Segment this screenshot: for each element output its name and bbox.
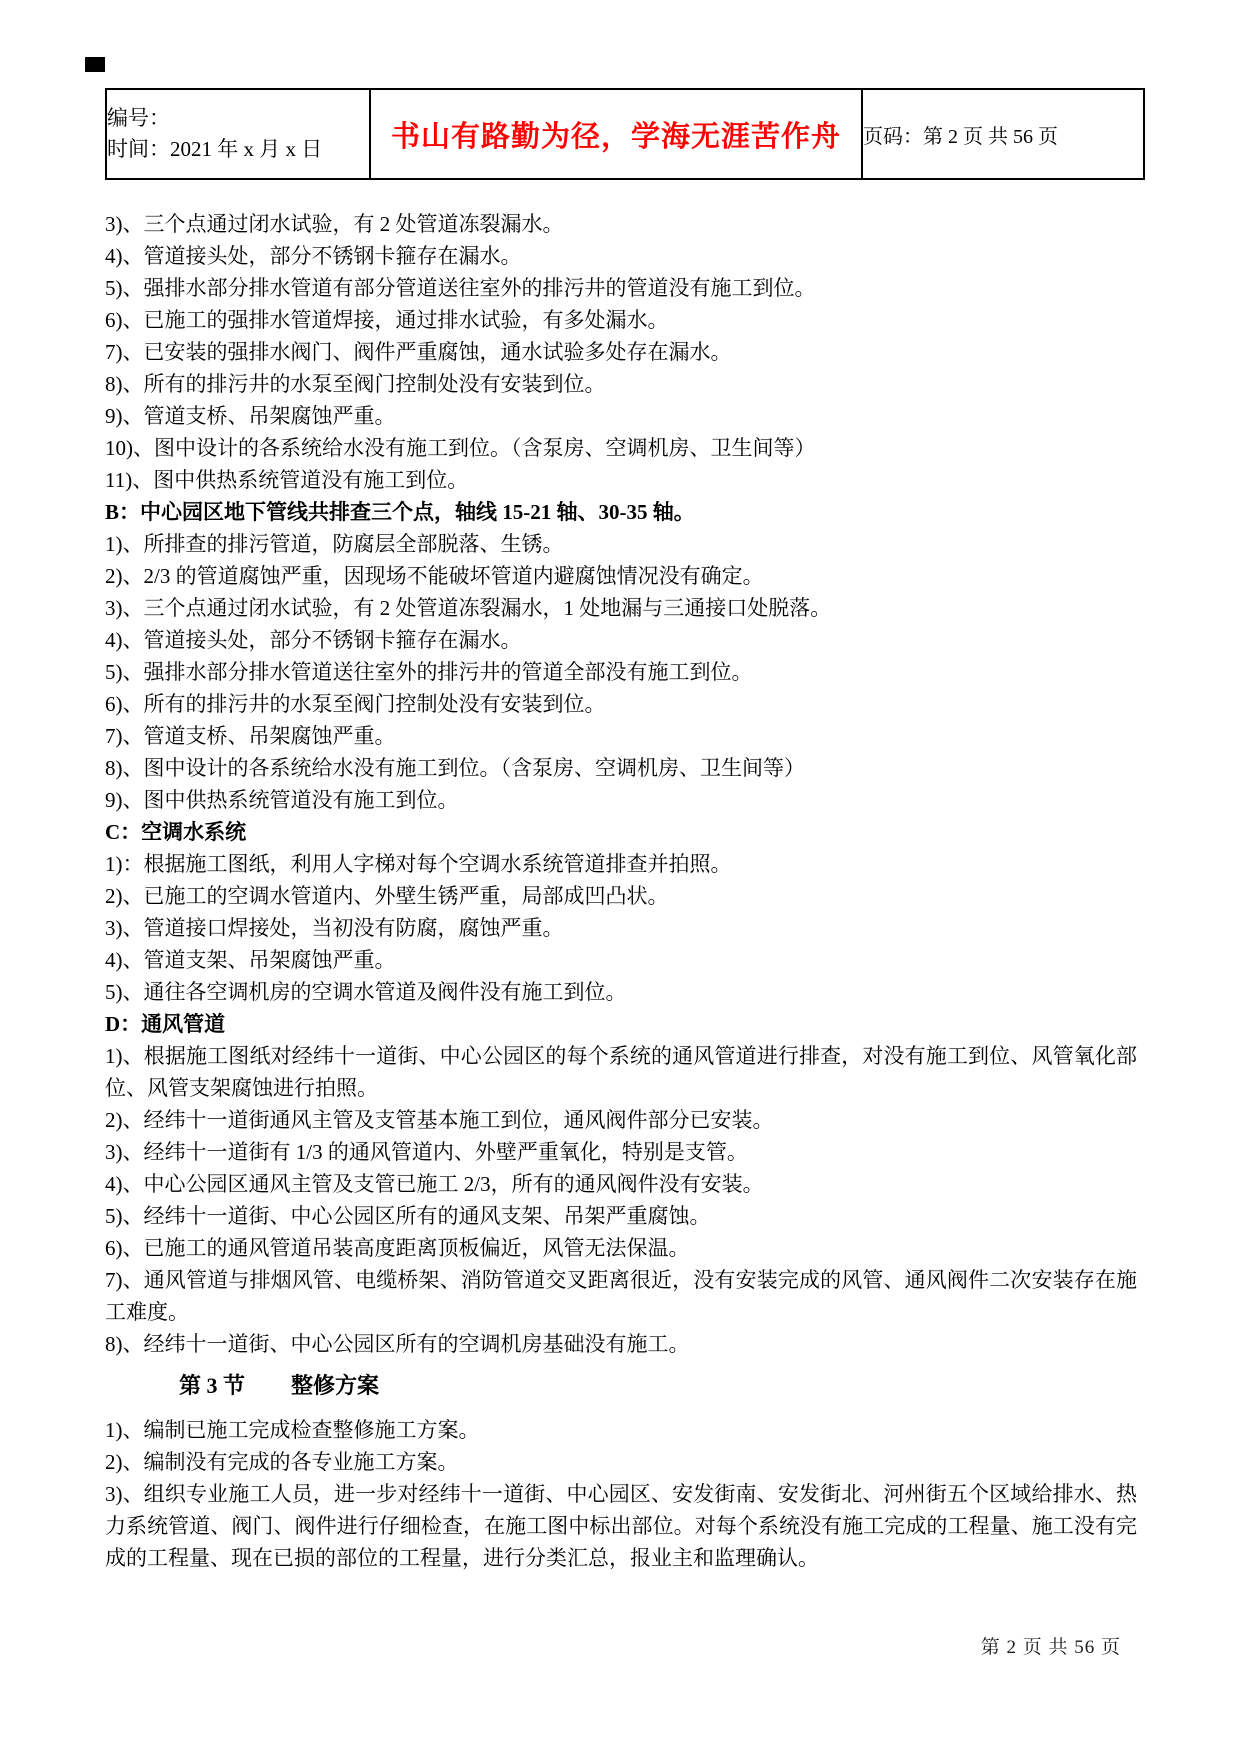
body-paragraph: 3)、三个点通过闭水试验，有 2 处管道冻裂漏水，1 处地漏与三通接口处脱落。: [105, 592, 1137, 624]
section-heading: 第 3 节整修方案: [179, 1370, 1137, 1402]
body-paragraph: 4)、中心公园区通风主管及支管已施工 2/3，所有的通风阀件没有安装。: [105, 1168, 1137, 1200]
body-paragraph: 3)、管道接口焊接处，当初没有防腐，腐蚀严重。: [105, 912, 1137, 944]
body-paragraph: 10)、图中设计的各系统给水没有施工到位。（含泵房、空调机房、卫生间等）: [105, 432, 1137, 464]
body-paragraph: 1)、根据施工图纸对经纬十一道街、中心公园区的每个系统的通风管道进行排查，对没有…: [105, 1040, 1137, 1104]
body-paragraph: 1)：根据施工图纸，利用人字梯对每个空调水系统管道排查并拍照。: [105, 848, 1137, 880]
section-label: C：空调水系统: [105, 816, 1137, 848]
body-paragraph: 3)、组织专业施工人员，进一步对经纬十一道街、中心园区、安发街南、安发街北、河州…: [105, 1478, 1137, 1574]
header-meta-cell: 编号： 时间：2021 年 x 月 x 日: [106, 89, 370, 179]
header-slogan-cell: 书山有路勤为径，学海无涯苦作舟: [370, 89, 862, 179]
body-paragraph: 4)、管道接头处，部分不锈钢卡箍存在漏水。: [105, 240, 1137, 272]
body-paragraph: 6)、已施工的强排水管道焊接，通过排水试验，有多处漏水。: [105, 304, 1137, 336]
body-paragraph: 7)、已安装的强排水阀门、阀件严重腐蚀，通水试验多处存在漏水。: [105, 336, 1137, 368]
body-paragraph: 2)、经纬十一道街通风主管及支管基本施工到位，通风阀件部分已安装。: [105, 1104, 1137, 1136]
body-paragraph: 4)、管道支架、吊架腐蚀严重。: [105, 944, 1137, 976]
header-page-cell: 页码：第 2 页 共 56 页: [862, 89, 1144, 179]
footer-page-number: 第 2 页 共 56 页: [981, 1632, 1121, 1659]
body-paragraph: 11)、图中供热系统管道没有施工到位。: [105, 464, 1137, 496]
body-paragraph: 4)、管道接头处，部分不锈钢卡箍存在漏水。: [105, 624, 1137, 656]
body-paragraph: 2)、已施工的空调水管道内、外壁生锈严重，局部成凹凸状。: [105, 880, 1137, 912]
body-paragraph: 3)、经纬十一道街有 1/3 的通风管道内、外壁严重氧化，特别是支管。: [105, 1136, 1137, 1168]
body-paragraph: 5)、通往各空调机房的空调水管道及阀件没有施工到位。: [105, 976, 1137, 1008]
body-paragraph: 2)、编制没有完成的各专业施工方案。: [105, 1446, 1137, 1478]
doc-number-label: 编号：: [107, 103, 369, 134]
body-paragraph: 5)、强排水部分排水管道有部分管道送往室外的排污井的管道没有施工到位。: [105, 272, 1137, 304]
section-label: B：中心园区地下管线共排查三个点，轴线 15-21 轴、30-35 轴。: [105, 496, 1137, 528]
header-table: 编号： 时间：2021 年 x 月 x 日 书山有路勤为径，学海无涯苦作舟 页码…: [105, 88, 1145, 180]
body-paragraph: 9)、管道支桥、吊架腐蚀严重。: [105, 400, 1137, 432]
body-paragraph: 8)、所有的排污井的水泵至阀门控制处没有安装到位。: [105, 368, 1137, 400]
body-paragraph: 9)、图中供热系统管道没有施工到位。: [105, 784, 1137, 816]
body-content: 3)、三个点通过闭水试验，有 2 处管道冻裂漏水。4)、管道接头处，部分不锈钢卡…: [105, 208, 1137, 1574]
header-page-label: 页码：第 2 页 共 56 页: [863, 126, 1058, 148]
corner-mark: [85, 57, 105, 72]
document-page: 编号： 时间：2021 年 x 月 x 日 书山有路勤为径，学海无涯苦作舟 页码…: [0, 0, 1241, 1754]
body-paragraph: 7)、管道支桥、吊架腐蚀严重。: [105, 720, 1137, 752]
doc-time-label: 时间：2021 年 x 月 x 日: [107, 134, 369, 165]
body-paragraph: 8)、经纬十一道街、中心公园区所有的空调机房基础没有施工。: [105, 1328, 1137, 1360]
body-paragraph: 1)、编制已施工完成检查整修施工方案。: [105, 1414, 1137, 1446]
body-paragraph: 6)、已施工的通风管道吊装高度距离顶板偏近，风管无法保温。: [105, 1232, 1137, 1264]
section-heading-number: 第 3 节: [179, 1373, 245, 1398]
header-slogan: 书山有路勤为径，学海无涯苦作舟: [391, 121, 841, 153]
body-paragraph: 2)、2/3 的管道腐蚀严重，因现场不能破坏管道内避腐蚀情况没有确定。: [105, 560, 1137, 592]
body-paragraph: 7)、通风管道与排烟风管、电缆桥架、消防管道交叉距离很近，没有安装完成的风管、通…: [105, 1264, 1137, 1328]
body-paragraph: 3)、三个点通过闭水试验，有 2 处管道冻裂漏水。: [105, 208, 1137, 240]
body-paragraph: 5)、强排水部分排水管道送往室外的排污井的管道全部没有施工到位。: [105, 656, 1137, 688]
section-heading-title: 整修方案: [291, 1373, 379, 1398]
body-paragraph: 6)、所有的排污井的水泵至阀门控制处没有安装到位。: [105, 688, 1137, 720]
section-label: D：通风管道: [105, 1008, 1137, 1040]
body-paragraph: 8)、图中设计的各系统给水没有施工到位。（含泵房、空调机房、卫生间等）: [105, 752, 1137, 784]
body-paragraph: 1)、所排查的排污管道，防腐层全部脱落、生锈。: [105, 528, 1137, 560]
body-paragraph: 5)、经纬十一道街、中心公园区所有的通风支架、吊架严重腐蚀。: [105, 1200, 1137, 1232]
